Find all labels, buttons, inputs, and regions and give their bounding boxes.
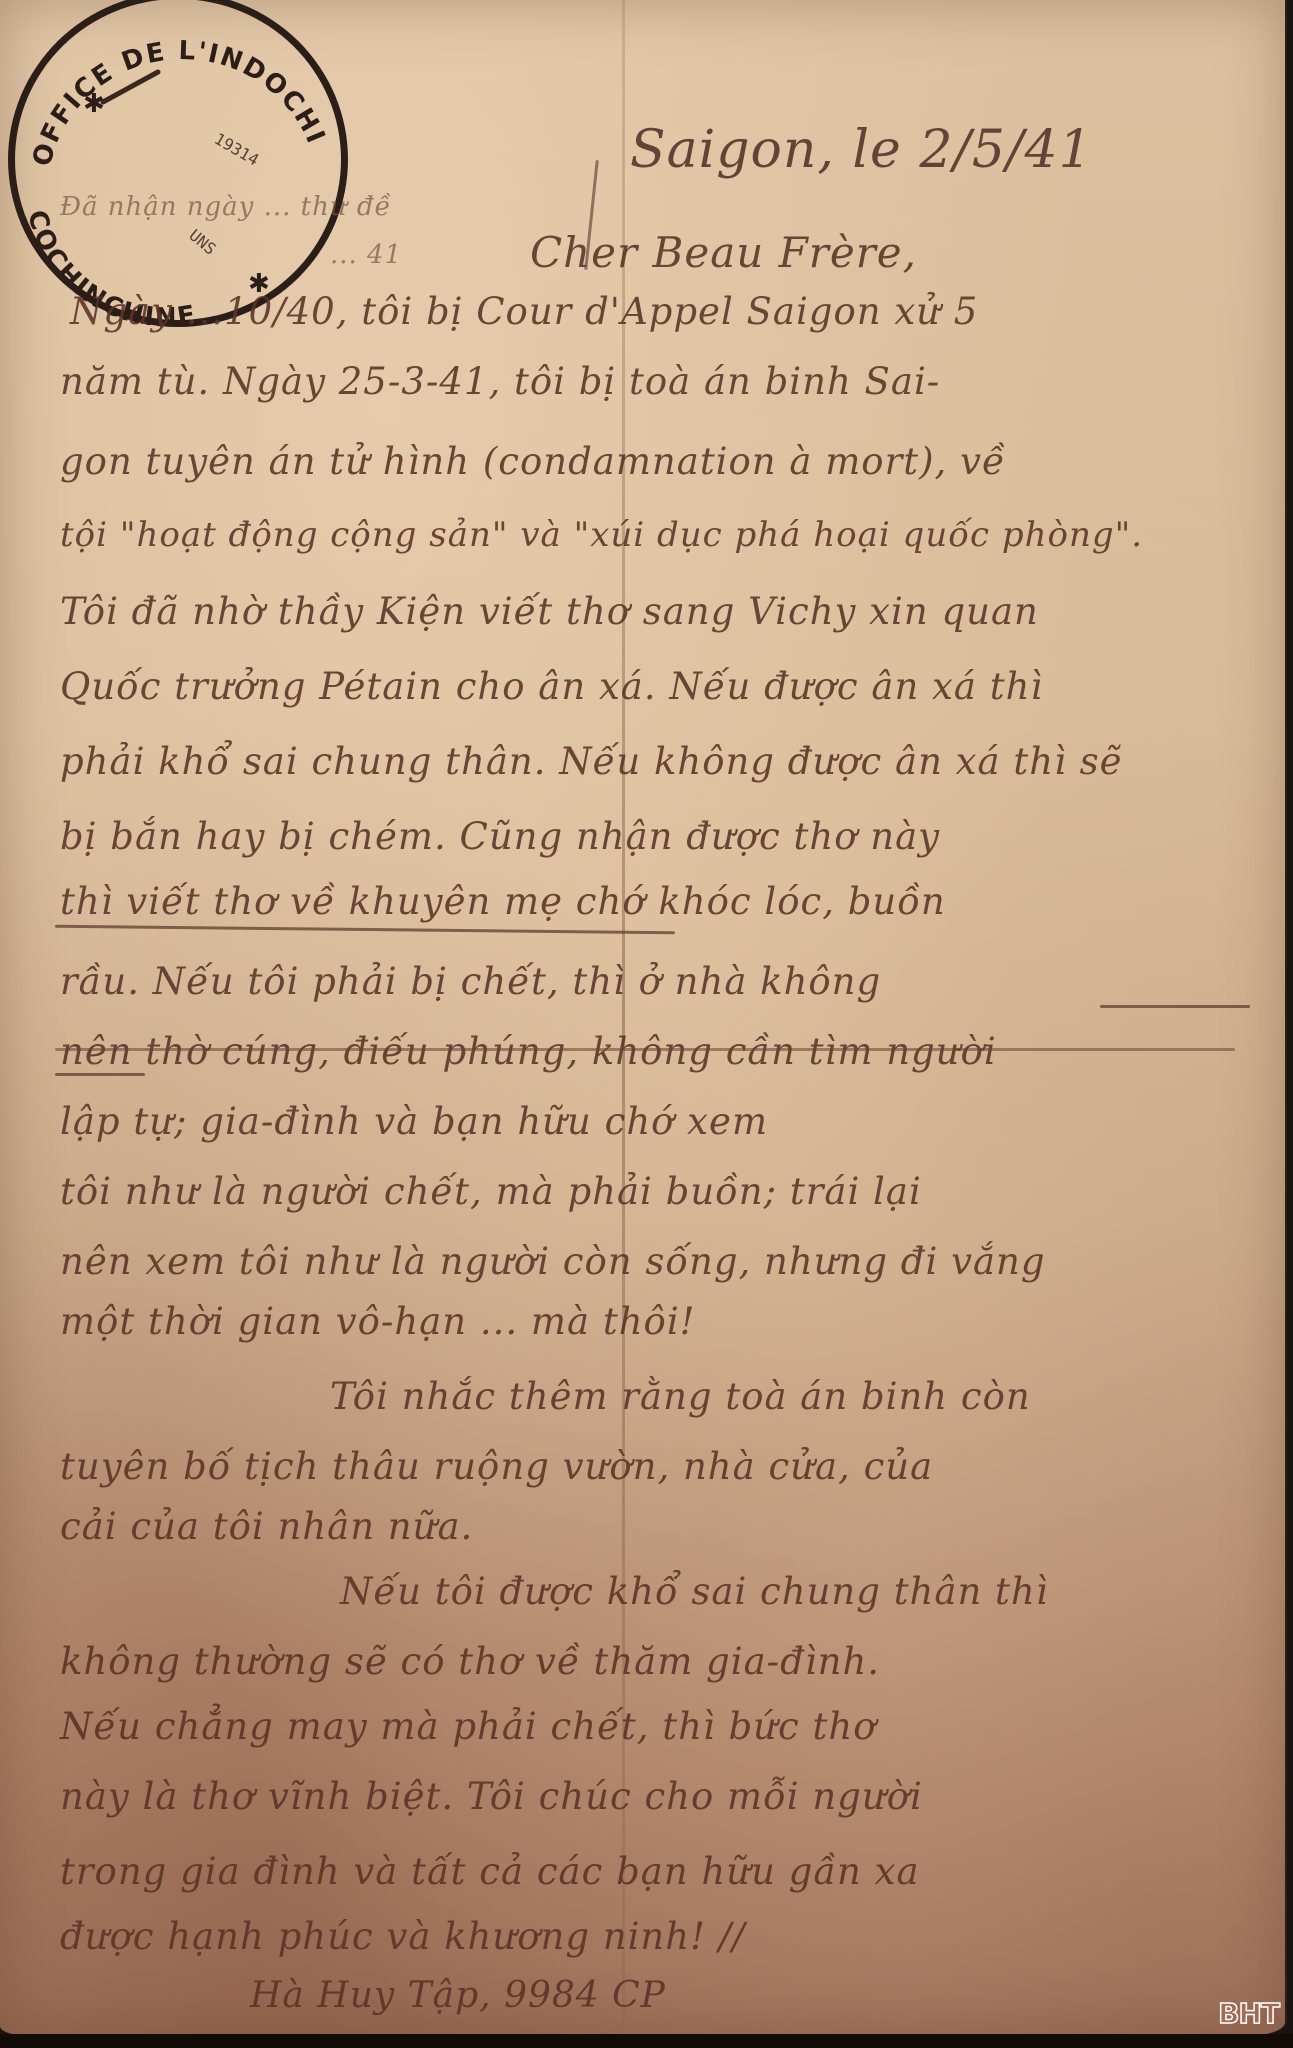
letter-line: phải khổ sai chung thân. Nếu không được … (60, 740, 1123, 783)
letter-line: này là thơ vĩnh biệt. Tôi chúc cho mỗi n… (60, 1775, 923, 1818)
letter-place-date: Saigon, le 2/5/41 (630, 120, 1093, 180)
letter-line: một thời gian vô-hạn ... mà thôi! (60, 1300, 696, 1343)
underline-mark (55, 1073, 145, 1076)
letter-line: tội "hoạt động cộng sản" và "xúi dục phá… (60, 515, 1143, 555)
photo-bottom-edge (0, 2034, 1293, 2048)
letter-line: Tôi đã nhờ thầy Kiện viết thơ sang Vichy… (60, 590, 1039, 633)
letter-line: cải của tôi nhân nữa. (60, 1505, 473, 1548)
letter-line: tuyên bố tịch thâu ruộng vườn, nhà cửa, … (60, 1445, 933, 1488)
letter-line: không thường sẽ có thơ về thăm gia-đình. (60, 1640, 880, 1683)
letter-line: bị bắn hay bị chém. Cũng nhận được thơ n… (60, 815, 940, 858)
letter-line: Nếu chẳng may mà phải chết, thì bức thơ (60, 1705, 876, 1748)
stamp-inner-number: 19314 (211, 129, 262, 170)
letter-greeting: Cher Beau Frère, (530, 228, 917, 277)
margin-note-line-1: Đã nhận ngày ... thư đề (60, 192, 392, 222)
letter-line: Nếu tôi được khổ sai chung thân thì (340, 1570, 1049, 1613)
signature: Hà Huy Tập, 9984 CP (250, 1975, 666, 2016)
watermark-logo: BHT (1218, 1997, 1279, 2030)
stamp-top-text: OFFICE DE L'INDOCHINE (8, 0, 331, 170)
letter-line: trong gia đình và tất cả các bạn hữu gần… (60, 1850, 920, 1893)
letter-line: được hạnh phúc và khương ninh! // (60, 1915, 746, 1958)
stamp-seal-icon: OFFICE DE L'INDOCHINE COCHINCHINE ✱ ✱ 19… (8, 0, 348, 327)
underline-mark (55, 925, 675, 934)
letter-line: Quốc trưởng Pétain cho ân xá. Nếu được â… (60, 665, 1043, 708)
letter-paper: OFFICE DE L'INDOCHINE COCHINCHINE ✱ ✱ 19… (0, 0, 1287, 2036)
letter-line: Tôi nhắc thêm rằng toà án binh còn (330, 1375, 1031, 1418)
strikethrough-mark (55, 1048, 1235, 1051)
letter-line: nên thờ cúng, điếu phúng, không cần tìm … (60, 1030, 997, 1073)
stamp-inner-code: UNS (185, 226, 219, 259)
letter-line: năm tù. Ngày 25-3-41, tôi bị toà án binh… (60, 360, 940, 403)
office-stamp: OFFICE DE L'INDOCHINE COCHINCHINE ✱ ✱ 19… (8, 0, 348, 327)
letter-line: Ngày ...10/40, tôi bị Cour d'Appel Saigo… (70, 290, 978, 333)
letter-line: rầu. Nếu tôi phải bị chết, thì ở nhà khô… (60, 960, 881, 1003)
margin-note-line-2: ... 41 (330, 240, 402, 270)
letter-line: nên xem tôi như là người còn sống, nhưng… (60, 1240, 1046, 1283)
underline-mark (1100, 1005, 1250, 1008)
letter-line: thì viết thơ về khuyên mẹ chớ khóc lóc, … (60, 880, 946, 923)
letter-line: lập tự; gia-đình và bạn hữu chớ xem (60, 1100, 768, 1143)
letter-line: gon tuyên án tử hình (condamnation à mor… (60, 440, 1006, 483)
letter-line: tôi như là người chết, mà phải buồn; trá… (60, 1170, 922, 1213)
